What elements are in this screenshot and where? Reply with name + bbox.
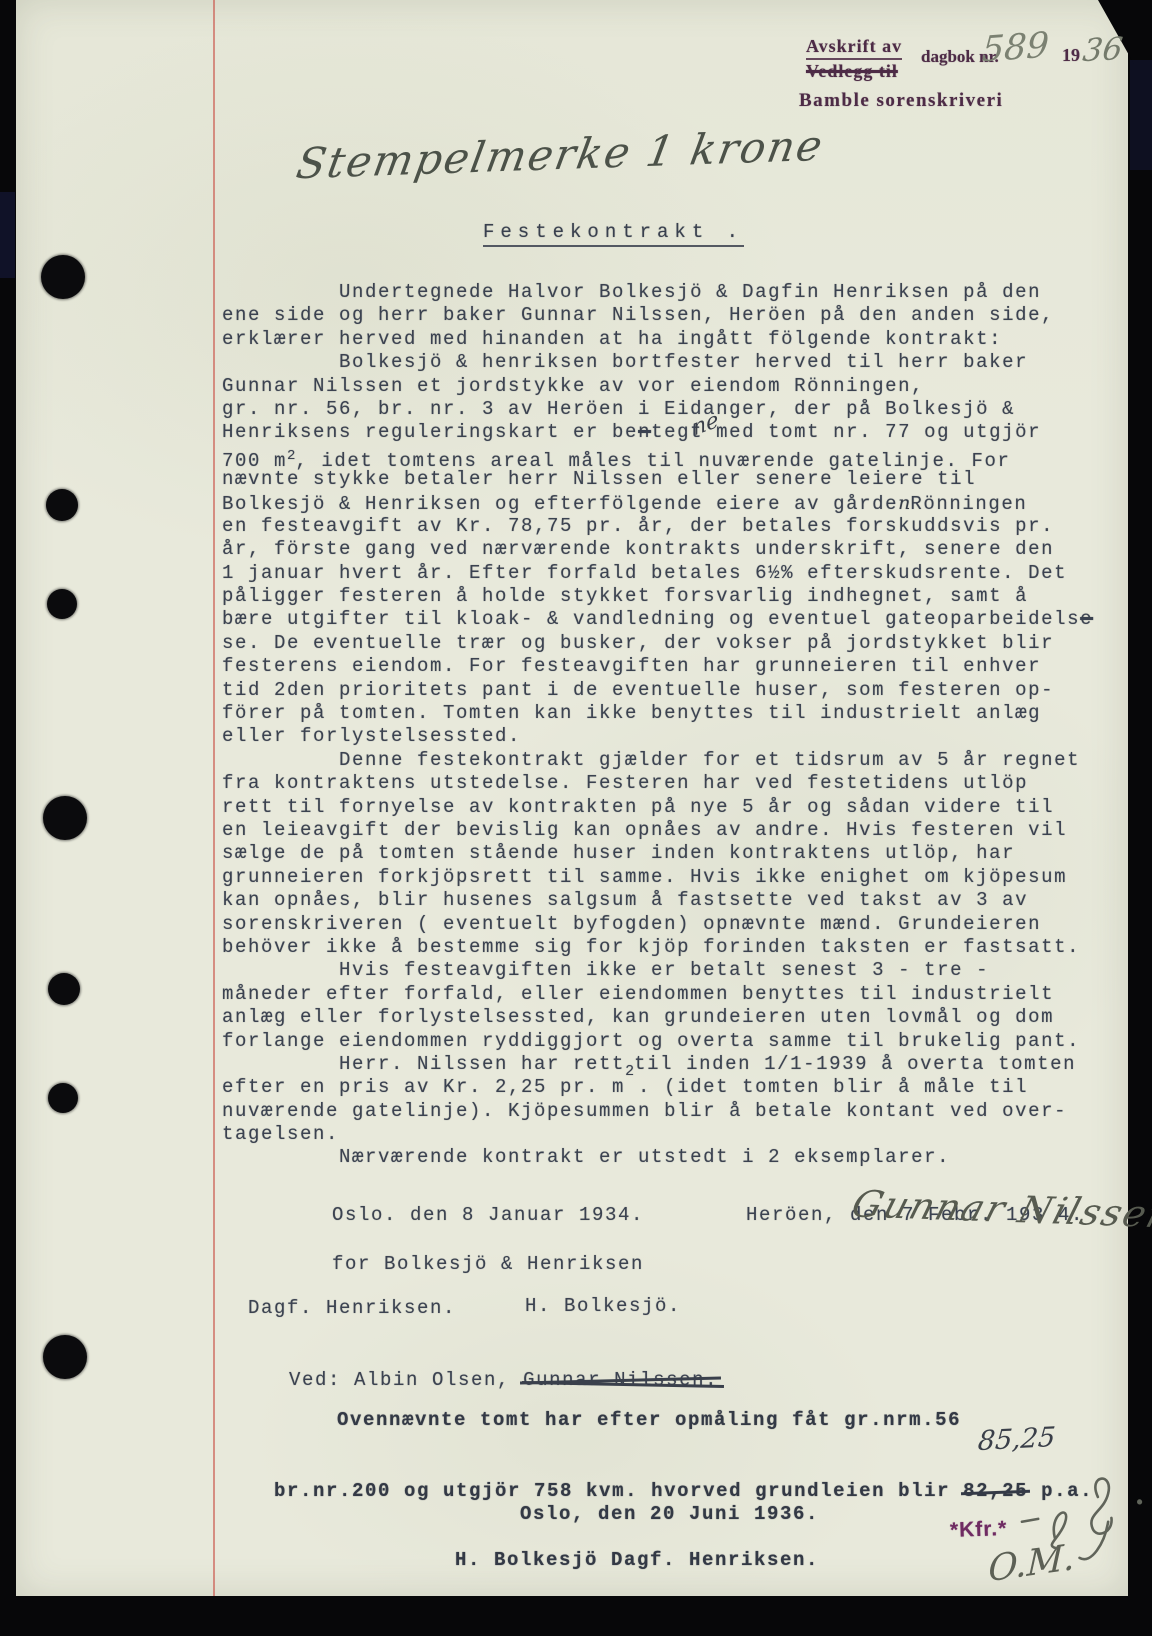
typed-line: tid 2den prioritets pant i de eventuelle… [222,679,1093,702]
typed-segment: grunneieren forkjöpsrett til samme. Hvis… [222,866,1067,888]
typed-segment: erklærer herved med hinanden at ha ingåt… [222,328,1002,350]
typed-line: sælge de på tomten stående huser inden k… [222,842,1093,865]
date-line-bottom: Oslo, den 20 Juni 1936. [520,1502,819,1526]
typed-line: rett til fornyelse av kontrakten på nye … [222,796,1093,819]
typed-segment-x: n [638,421,651,443]
typed-segment: til inden 1/1-1939 å overta tomten [634,1053,1076,1075]
typed-line: Henriksens reguleringskart er bentegt me… [222,421,1093,444]
typed-segment: sælge de på tomten stående huser inden k… [222,842,1015,864]
date-line-oslo: Oslo. den 8 Januar 1934. [332,1203,644,1227]
survey-note-line1: Ovennævnte tomt har efter opmåling fåt g… [337,1408,961,1432]
survey-text: br.nr.200 og utgjör 758 kvm. hvorved gru… [274,1480,963,1502]
survey-note-line2: br.nr.200 og utgjör 758 kvm. hvorved gru… [222,1455,1093,1479]
typed-line: fra kontraktens utstedelse. Festeren har… [222,772,1093,795]
typed-line: Hvis festeavgiften ikke er betalt senest… [222,959,1093,982]
typed-line: festerens eiendom. For festeavgiften har… [222,655,1093,678]
typed-line: bære utgifter til kloak- & vandledning o… [222,608,1093,631]
margin-rule [213,0,215,1596]
typed-segment: anlæg eller forlystelsessted, kan grunde… [222,1006,1054,1028]
kfr-verification-stamp: *Kfr.* [950,1517,1008,1543]
typed-segment: Gunnar Nilssen et jordstykke av vor eien… [222,375,924,397]
typed-line: nævnte stykke betaler herr Nilssen eller… [222,468,1093,491]
typed-segment: en leieavgift der bevislig kan opnåes av… [222,819,1067,841]
typed-segment: Herr. Nilssen har rett [222,1053,625,1075]
typed-line: 1 januar hvert år. Efter forfald betales… [222,562,1093,585]
witness-line: Ved: Albin Olsen, Gunnar Nilssen. [237,1344,718,1368]
typed-segment: Bolkesjö & henriksen bortfester herved t… [222,351,1028,373]
typed-segment: tid 2den prioritets pant i de eventuelle… [222,679,1054,701]
typed-line: eller forlystelsessted. [222,725,1093,748]
typed-segment: Bolkesjö & Henriksen og efterfölgende ei… [222,493,898,515]
typed-segment: fra kontraktens utstedelse. Festeren har… [222,772,1028,794]
typed-segment: Nærværende kontrakt er utstedt i 2 eksem… [222,1146,950,1168]
signature-line-bottom: H. Bolkesjö Dagf. Henriksen. [455,1548,819,1572]
typed-line: tagelsen. [222,1123,1093,1146]
typed-line: gr. nr. 56, br. nr. 3 av Heröen i Eidang… [222,398,1093,421]
punch-hole [43,1335,87,1379]
typed-line: Bolkesjö & henriksen bortfester herved t… [222,351,1093,374]
handwritten-year: 36 [1081,31,1125,69]
typed-segment: behöver ikke å bestemme sig for kjöp for… [222,936,1080,958]
witness-prefix: Ved: Albin Olsen, [289,1369,523,1391]
typed-segment: måneder efter forfald, eller eiendommen … [222,983,1054,1005]
typed-line: forlange eiendommen ryddiggjort og overt… [222,1030,1093,1053]
typed-segment: rett til fornyelse av kontrakten på nye … [222,796,1054,818]
rent-amount-struck: 82,25 [963,1480,1028,1502]
typed-segment: forlange eiendommen ryddiggjort og overt… [222,1030,1080,1052]
stamp-office-name: Bamble sorenskriveri [799,90,1003,112]
signature-typed-henriksen: Dagf. Henriksen. [248,1296,456,1320]
typed-segment: ene side og herr baker Gunnar Nilssen, H… [222,304,1054,326]
stamp-transcript-label: Avskrift av [806,36,902,60]
typed-line: se. De eventuelle trær og busker, der vo… [222,632,1093,655]
typed-line: Denne festekontrakt gjælder for et tidsr… [222,749,1093,772]
typed-segment-handn: n [898,492,910,514]
typed-line: nuværende gatelinje). Kjöpesummen blir å… [222,1100,1093,1123]
typed-line: Bolkesjö & Henriksen og efterfölgende ei… [222,492,1093,515]
punch-hole [46,489,78,521]
signature-typed-bolkesjo: H. Bolkesjö. [525,1294,681,1318]
typed-line: behöver ikke å bestemme sig for kjöp for… [222,936,1093,959]
stamp-year-printed: 19 [1062,45,1080,66]
typed-segment: sorenskriveren ( eventuelt byfogden) opn… [222,913,1041,935]
typed-segment: Denne festekontrakt gjælder for et tidsr… [222,749,1080,771]
typed-segment: festerens eiendom. For festeavgiften har… [222,655,1041,677]
typed-segment: nævnte stykke betaler herr Nilssen eller… [222,468,976,490]
typed-line: efter en pris av Kr. 2,25 pr. m . (idet … [222,1076,1093,1099]
typed-line: anlæg eller forlystelsessted, kan grunde… [222,1006,1093,1029]
typed-line: påligger festeren å holde stykket forsva… [222,585,1093,608]
typed-segment-x: e [1080,608,1093,630]
scanned-document: Avskrift av Vedlegg til dagbok nr. 589 1… [0,0,1152,1636]
typed-segment: påligger festeren å holde stykket forsva… [222,585,1028,607]
typed-segment: tagelsen. [222,1123,339,1145]
scan-smudge [0,192,15,278]
typed-segment: bære utgifter til kloak- & vandledning o… [222,608,1080,630]
typed-line: Herr. Nilssen har rett2til inden 1/1-193… [222,1053,1093,1076]
typed-line: grunneieren forkjöpsrett til samme. Hvis… [222,866,1093,889]
typed-line: måneder efter forfald, eller eiendommen … [222,983,1093,1006]
typed-line: kan opnåes, blir husenes salgsum å fasts… [222,889,1093,912]
typed-line: Undertegnede Halvor Bolkesjö & Dagfin He… [222,281,1093,304]
typed-line: en festeavgift av Kr. 78,75 pr. år, der … [222,515,1093,538]
typed-segment: Rönningen [910,493,1027,515]
punch-hole [48,1083,78,1113]
typed-segment: eller forlystelsessted. [222,725,521,747]
typed-segment: en festeavgift av Kr. 78,75 pr. år, der … [222,515,1054,537]
stamp-attachment-label-struck: Vedlegg til [806,61,898,82]
witness-name-struck: Gunnar Nilssen. [523,1369,718,1391]
clerk-signature-flourish-icon [1014,1464,1151,1583]
typed-segment: förer på tomten. Tomten kan ikke benytte… [222,702,1041,724]
typed-line: förer på tomten. Tomten kan ikke benytte… [222,702,1093,725]
punch-hole [41,255,85,299]
typed-segment: Henriksens reguleringskart er be [222,421,638,443]
typed-line: erklærer herved med hinanden at ha ingåt… [222,328,1093,351]
contract-body: Undertegnede Halvor Bolkesjö & Dagfin He… [222,281,1093,1170]
typed-segment: 1 januar hvert år. Efter forfald betales… [222,562,1067,584]
handwritten-diary-number: 589 [981,26,1050,71]
typed-line: en leieavgift der bevislig kan opnåes av… [222,819,1093,842]
handwritten-rent-correction: 85,25 [977,1422,1057,1457]
punch-hole [47,589,77,619]
typed-line: Gunnar Nilssen et jordstykke av vor eien… [222,375,1093,398]
typed-segment: år, förste gang ved nærværende kontrakts… [222,538,1054,560]
typed-segment: Hvis festeavgiften ikke er betalt senest… [222,959,989,981]
typed-line: sorenskriveren ( eventuelt byfogden) opn… [222,913,1093,936]
punch-hole [43,796,87,840]
typed-segment: nuværende gatelinje). Kjöpesummen blir å… [222,1100,1067,1122]
punch-hole [48,973,80,1005]
typed-line: år, förste gang ved nærværende kontrakts… [222,538,1093,561]
typed-line: 700 m2, idet tomtens areal måles til nuv… [222,445,1093,468]
typed-segment: efter en pris av Kr. 2,25 pr. m . (idet … [222,1076,1028,1098]
document-title: Festekontrakt . [483,221,744,247]
typed-segment: se. De eventuelle trær og busker, der vo… [222,632,1054,654]
typed-line: Nærværende kontrakt er utstedt i 2 eksem… [222,1146,1093,1169]
typed-segment: gr. nr. 56, br. nr. 3 av Heröen i Eidang… [222,398,1015,420]
scan-smudge [1130,60,1152,170]
typed-segment: Undertegnede Halvor Bolkesjö & Dagfin He… [222,281,1041,303]
typed-segment: kan opnåes, blir husenes salgsum å fasts… [222,889,1028,911]
typed-line: ene side og herr baker Gunnar Nilssen, H… [222,304,1093,327]
on-behalf-line: for Bolkesjö & Henriksen [332,1252,644,1276]
